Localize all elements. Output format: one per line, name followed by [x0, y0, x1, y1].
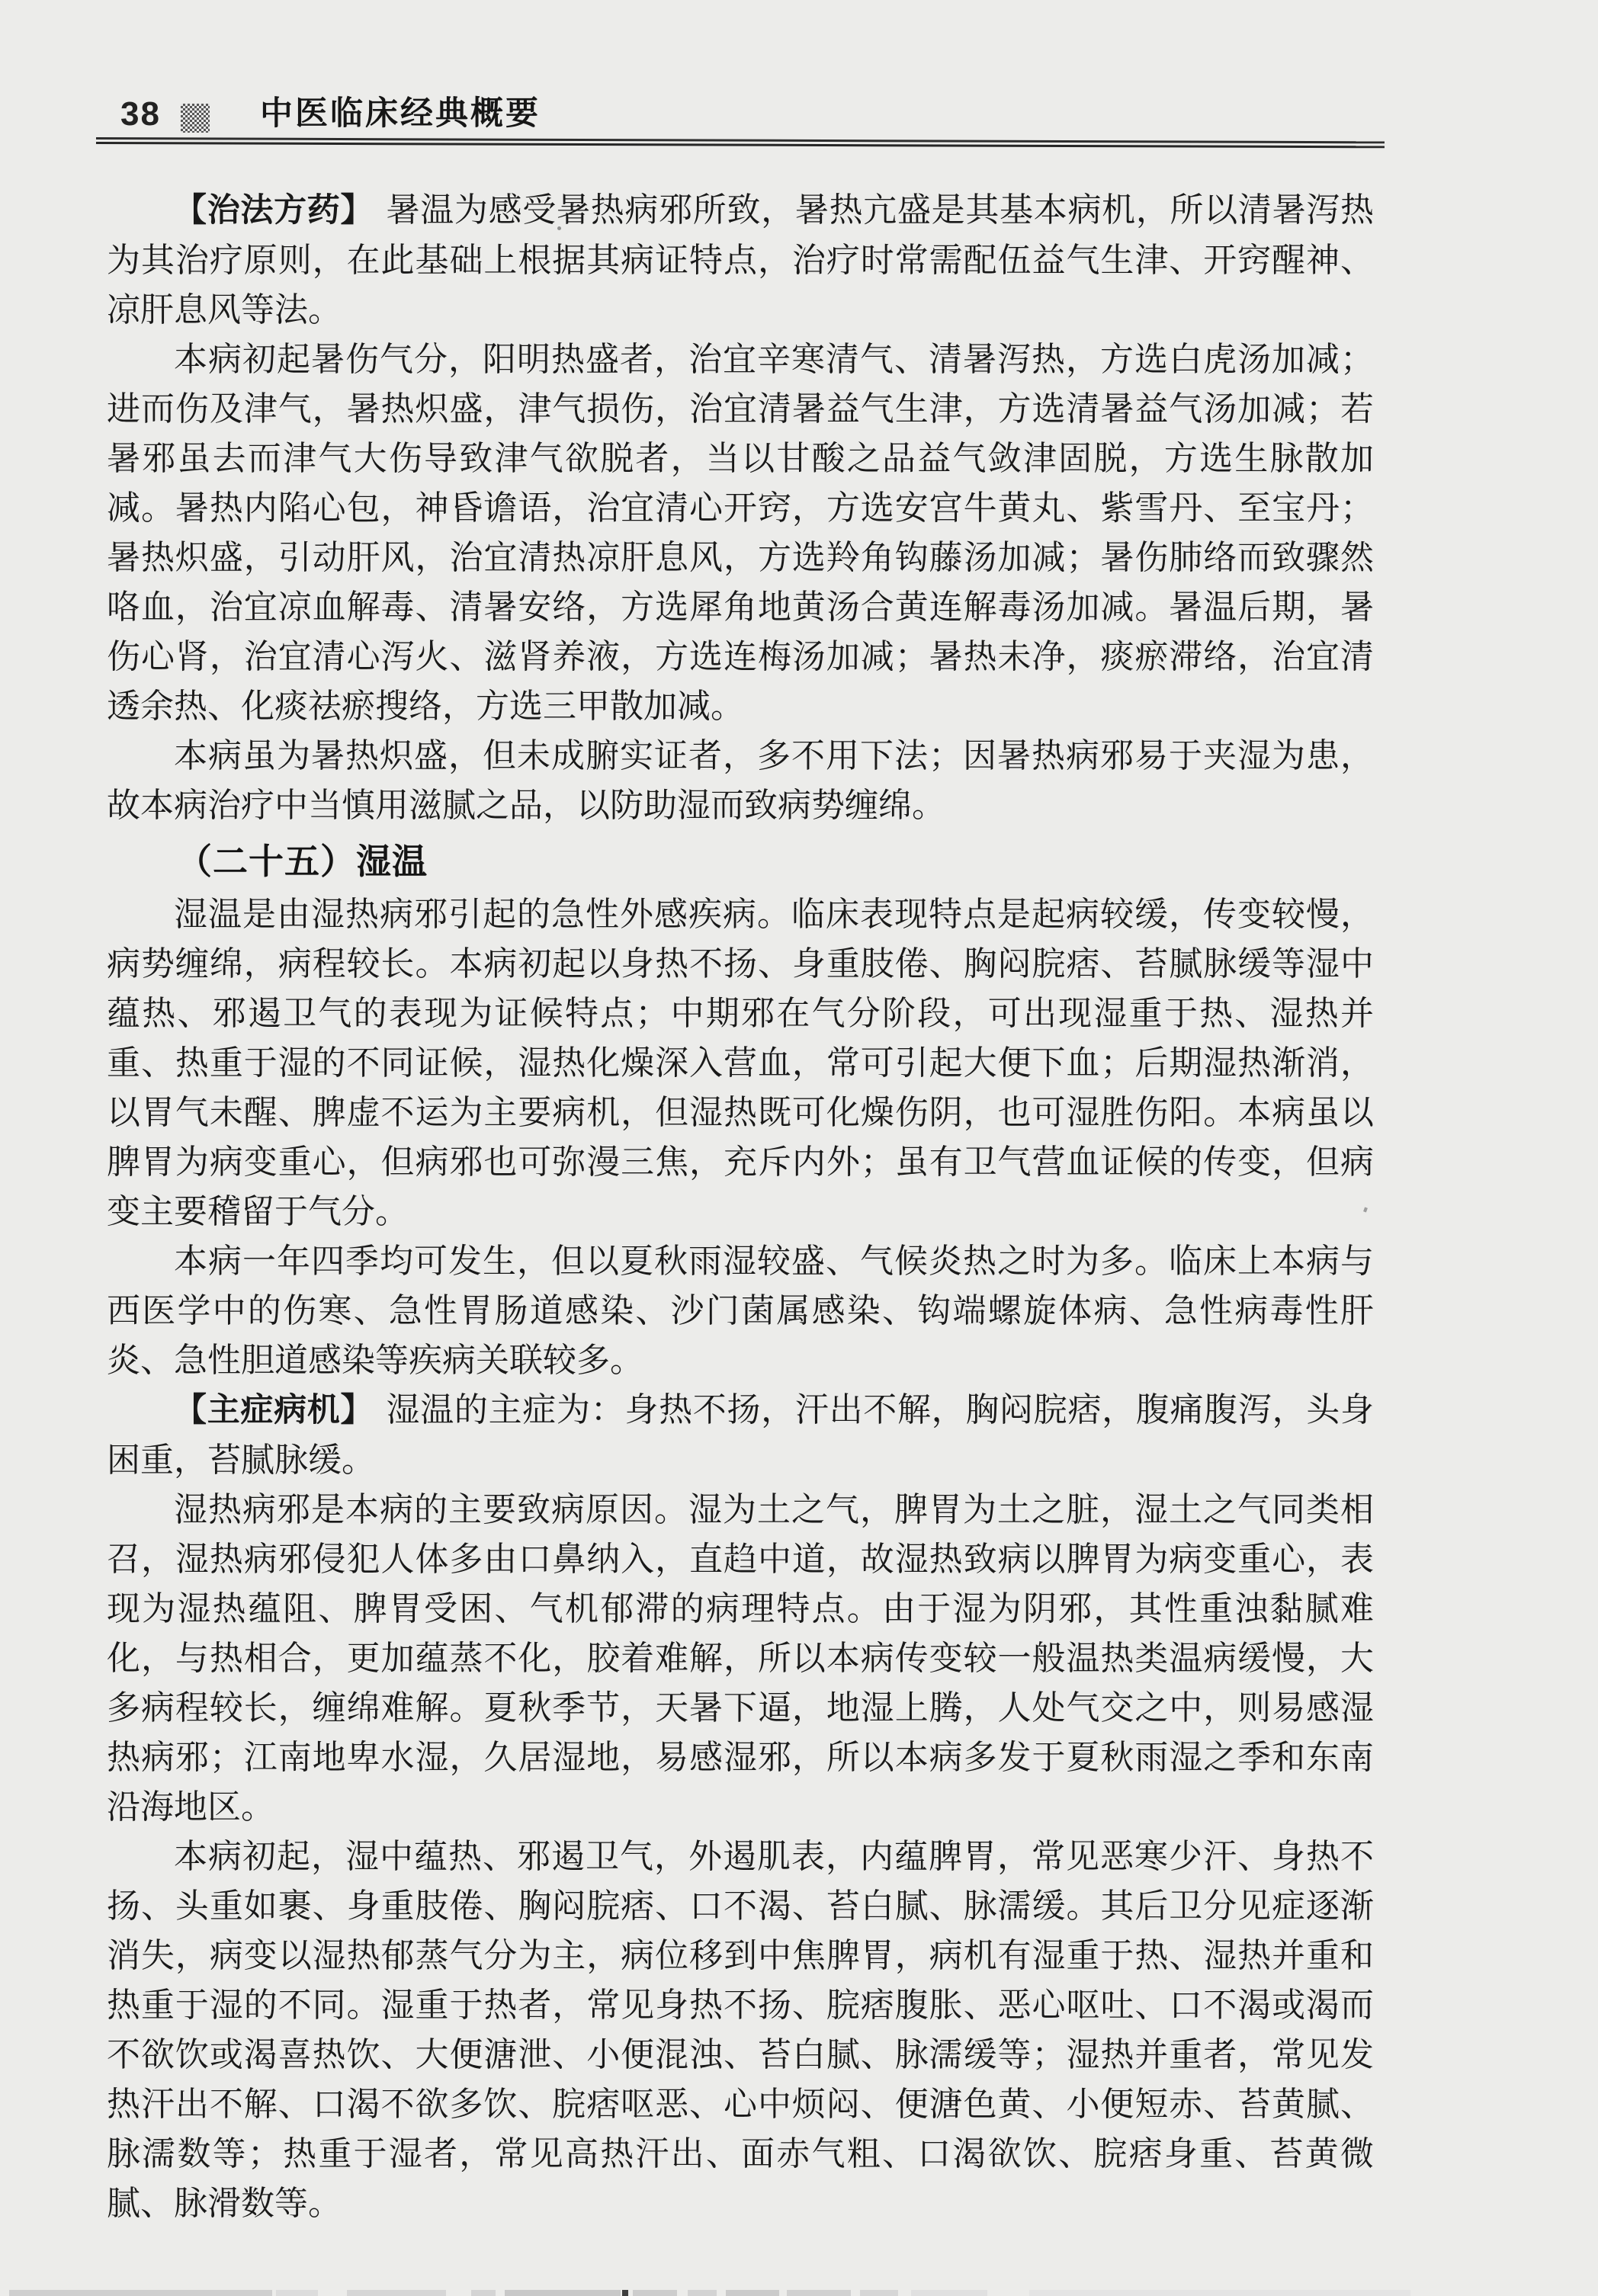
hatched-square-icon — [181, 104, 210, 133]
paragraph-label: 【主症病机】 — [174, 1392, 387, 1429]
scan-artifact-strip — [0, 2290, 1598, 2296]
paragraph: 本病一年四季均可发生，但以夏秋雨湿较盛、气候炎热之时为多。临床上本病与西医学中的… — [107, 1236, 1374, 1385]
section-heading: （二十五）湿温 — [107, 835, 1374, 887]
header-divider-rule — [96, 137, 1385, 148]
content: 【治法方药】暑温为感受暑热病邪所致，暑热亢盛是其基本病机，所以清暑泻热为其治疗原… — [107, 185, 1374, 2228]
paragraph: 本病初起，湿中蕴热、邪遏卫气，外遏肌表，内蕴脾胃，常见恶寒少汗、身热不扬、头重如… — [107, 1832, 1374, 2228]
paragraph: 湿热病邪是本病的主要致病原因。湿为土之气，脾胃为土之脏，湿土之气同类相召，湿热病… — [107, 1485, 1374, 1832]
paragraph: 【主症病机】湿温的主症为：身热不扬，汗出不解，胸闷脘痞，腹痛腹泻，头身困重，苔腻… — [107, 1385, 1374, 1485]
book-title: 中医临床经典概要 — [260, 96, 541, 131]
paragraph: 湿温是由湿热病邪引起的急性外感疾病。临床表现特点是起病较缓，传变较慢，病势缠绵，… — [107, 890, 1374, 1236]
page-number: 38 — [120, 98, 161, 131]
scan-speck — [557, 226, 561, 230]
paragraph-label: 【治法方药】 — [174, 192, 387, 229]
paragraph: 本病初起暑伤气分，阳明热盛者，治宜辛寒清气、清暑泻热，方选白虎汤加减；进而伤及津… — [107, 335, 1374, 731]
book-page: 38 中医临床经典概要 【治法方药】暑温为感受暑热病邪所致，暑热亢盛是其基本病机… — [0, 0, 1598, 2296]
paragraph: 本病虽为暑热炽盛，但未成腑实证者，多不用下法；因暑热病邪易于夹湿为患，故本病治疗… — [107, 731, 1374, 830]
paragraph: 【治法方药】暑温为感受暑热病邪所致，暑热亢盛是其基本病机，所以清暑泻热为其治疗原… — [107, 185, 1374, 335]
